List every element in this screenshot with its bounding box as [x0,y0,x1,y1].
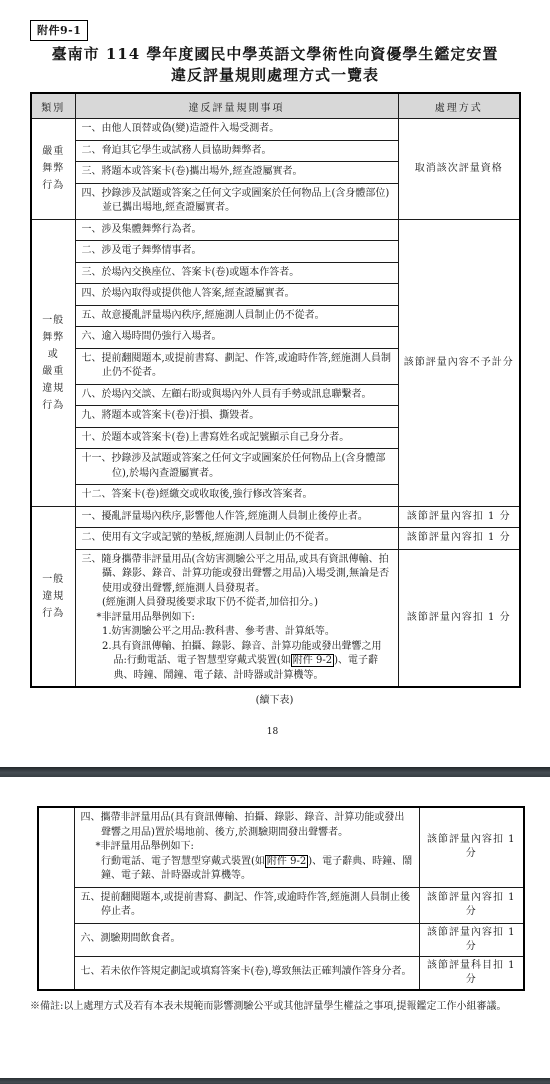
rule-item-example: 行動電話、電子智慧型穿戴式裝置(如附件 9-2)、電子辭典、時鐘、鬧鐘、電子錶、… [101,855,414,884]
rule-item-parenthetical: (經施測人員發現後要求取下仍不從者,加倍扣分。) [102,596,393,611]
handling-deduct-1: 該節評量內容扣 1 分 [419,887,524,923]
table-row: 四、攜帶非評量用品(具有資訊傳輸、拍攝、錄影、錄音、計算功能或發出聲響之用品)置… [38,807,524,887]
category-general-violation: 一般 違規 行為 [31,506,75,687]
rule-item: 一、由他人頂替或偽(變)造證件入場受測者。 [82,122,393,137]
rule-item: 十二、答案卡(卷)經繳交或收取後,強行修改答案者。 [82,488,393,503]
violation-rules-table-continued: 四、攜帶非評量用品(具有資訊傳輸、拍攝、錄影、錄音、計算功能或發出聲響之用品)置… [37,806,525,991]
rule-item: 七、提前翻閱題本,或提前書寫、劃記、作答,或逾時作答,經施測人員制止仍不從者。 [82,352,393,381]
attachment-9-2-reference: 附件 9-2 [291,654,334,667]
rule-item-example-1: 1.妨害測驗公平之用品:教科書、參考書、計算紙等。 [102,625,393,640]
attachment-label: 附件9-1 [30,20,88,41]
rule-item: 四、抄錄涉及試題或答案之任何文字或圖案於任何物品上(含身體部位)並已攜出場地,經… [82,187,393,216]
category-empty-continuation [38,807,74,990]
header-rule: 違反評量規則事項 [75,93,398,119]
page-1: 附件9-1 臺南市 114 學年度國民中學英語文學術性向資優學生鑑定安置 違反評… [0,0,550,706]
rule-item: 六、逾入場時間仍強行入場者。 [82,330,393,345]
handling-cancel-qualification: 取消該次評量資格 [398,119,520,220]
handling-deduct-1: 該節評量內容扣 1 分 [398,506,520,528]
rule-item-example-header: *非評量用品舉例如下: [96,840,414,855]
footnote-label: ※備註: [30,1001,63,1012]
page-2: 四、攜帶非評量用品(具有資訊傳輸、拍攝、錄影、錄音、計算功能或發出聲響之用品)置… [0,806,550,1014]
rule-item: 三、隨身攜帶非評量用品(含妨害測驗公平之用品,或具有資訊傳輸、拍攝、錄影、錄音、… [82,553,393,597]
rule-item: 十一、抄錄涉及試題或答案之任何文字或圖案於任何物品上(含身體部位),於場內查證屬… [82,452,393,481]
rule-item: 十、於題本或答案卡(卷)上書寫姓名或記號顯示自己身分者。 [82,431,393,446]
handling-deduct-1: 該節評量內容扣 1 分 [398,528,520,550]
header-handling: 處理方式 [398,93,520,119]
continued-next-table-note: (續下表) [30,691,519,706]
handling-no-score: 該節評量內容不予計分 [398,219,520,506]
attachment-9-2-reference: 附件 9-2 [265,855,308,868]
rule-item: 三、於場內交換座位、答案卡(卷)或題本作答者。 [82,266,393,281]
handling-deduct-1: 該節評量內容扣 1 分 [419,923,524,956]
table-row: 五、提前翻閱題本,或提前書寫、劃記、作答,或逾時作答,經施測人員制止後停止者。 … [38,887,524,923]
rule-item: 三、將題本或答案卡(卷)攜出場外,經查證屬實者。 [82,165,393,180]
rule-item: 七、若未依作答規定劃記或填寫答案卡(卷),導致無法正確判讀作答身分者。 [81,965,414,980]
table-row: 三、隨身攜帶非評量用品(含妨害測驗公平之用品,或具有資訊傳輸、拍攝、錄影、錄音、… [31,549,520,687]
page-number: 18 [0,727,545,737]
bottom-separator-bar [0,1078,550,1084]
rule-item: 八、於場內交談、左顧右盼或與場內外人員有手勢或訊息聯繫者。 [82,388,393,403]
rule-item: 四、於場內取得或提供他人答案,經查證屬實者。 [82,287,393,302]
rule-item: 九、將題本或答案卡(卷)汙損、撕毀者。 [82,409,393,424]
category-serious-cheating: 嚴重 舞弊 行為 [31,119,75,220]
violation-rules-table: 類別 違反評量規則事項 處理方式 嚴重 舞弊 行為 一、由他人頂替或偽(變)造證… [30,92,521,688]
table-row: 六、測驗期間飲食者。 該節評量內容扣 1 分 [38,923,524,956]
table-row: 嚴重 舞弊 行為 一、由他人頂替或偽(變)造證件入場受測者。 取消該次評量資格 [31,119,520,141]
rule-item: 一、擾亂評量場內秩序,影響他人作答,經施測人員制止後停止者。 [82,510,393,525]
table-row: 二、使用有文字或記號的墊板,經施測人員制止仍不從者。 該節評量內容扣 1 分 [31,528,520,550]
rule-item: 一、涉及集體舞弊行為者。 [82,223,393,238]
footnote-remark: ※備註:以上處理方式及若有本表未規範而影響測驗公平或其他評量學生權益之事項,提報… [30,999,522,1014]
rule-item-example-header: *非評量用品舉例如下: [97,611,393,626]
category-general-cheating-or-serious-violation: 一般 舞弊 或 嚴重 違規 行為 [31,219,75,506]
header-category: 類別 [31,93,75,119]
handling-deduct-1-subject: 該節評量科目扣 1 分 [419,956,524,990]
rule-item: 五、提前翻閱題本,或提前書寫、劃記、作答,或逾時作答,經施測人員制止後停止者。 [81,891,414,920]
table-row: 一般 舞弊 或 嚴重 違規 行為 一、涉及集體舞弊行為者。 該節評量內容不予計分 [31,219,520,241]
table-row: 一般 違規 行為 一、擾亂評量場內秩序,影響他人作答,經施測人員制止後停止者。 … [31,506,520,528]
document-title-line2: 違反評量規則處理方式一覽表 [0,65,550,86]
rule-item: 二、脅迫其它學生或試務人員協助舞弊者。 [82,144,393,159]
rule-item: 四、攜帶非評量用品(具有資訊傳輸、拍攝、錄影、錄音、計算功能或發出聲響之用品)置… [81,811,414,840]
rule-item: 二、使用有文字或記號的墊板,經施測人員制止仍不從者。 [82,531,393,546]
rule-item: 五、故意擾亂評量場內秩序,經施測人員制止仍不從者。 [82,309,393,324]
table-row: 七、若未依作答規定劃記或填寫答案卡(卷),導致無法正確判讀作答身分者。 該節評量… [38,956,524,990]
page-separator-bar [0,767,550,777]
rule-item: 六、測驗期間飲食者。 [81,932,414,947]
footnote-text: 以上處理方式及若有本表未規範而影響測驗公平或其他評量學生權益之事項,提報鑑定工作… [63,1001,506,1012]
rule-item: 二、涉及電子舞弊情事者。 [82,244,393,259]
document-title-line1: 臺南市 114 學年度國民中學英語文學術性向資優學生鑑定安置 [0,44,550,65]
handling-deduct-1: 該節評量內容扣 1 分 [398,549,520,687]
example-text: 行動電話、電子智慧型穿戴式裝置(如 [101,856,265,867]
handling-deduct-1: 該節評量內容扣 1 分 [419,807,524,887]
document-title: 臺南市 114 學年度國民中學英語文學術性向資優學生鑑定安置 違反評量規則處理方… [0,44,550,86]
table-header-row: 類別 違反評量規則事項 處理方式 [31,93,520,119]
rule-item-example-2: 2.具有資訊傳輸、拍攝、錄影、錄音、計算功能或發出聲響之用品:行動電話、電子智慧… [102,640,393,684]
